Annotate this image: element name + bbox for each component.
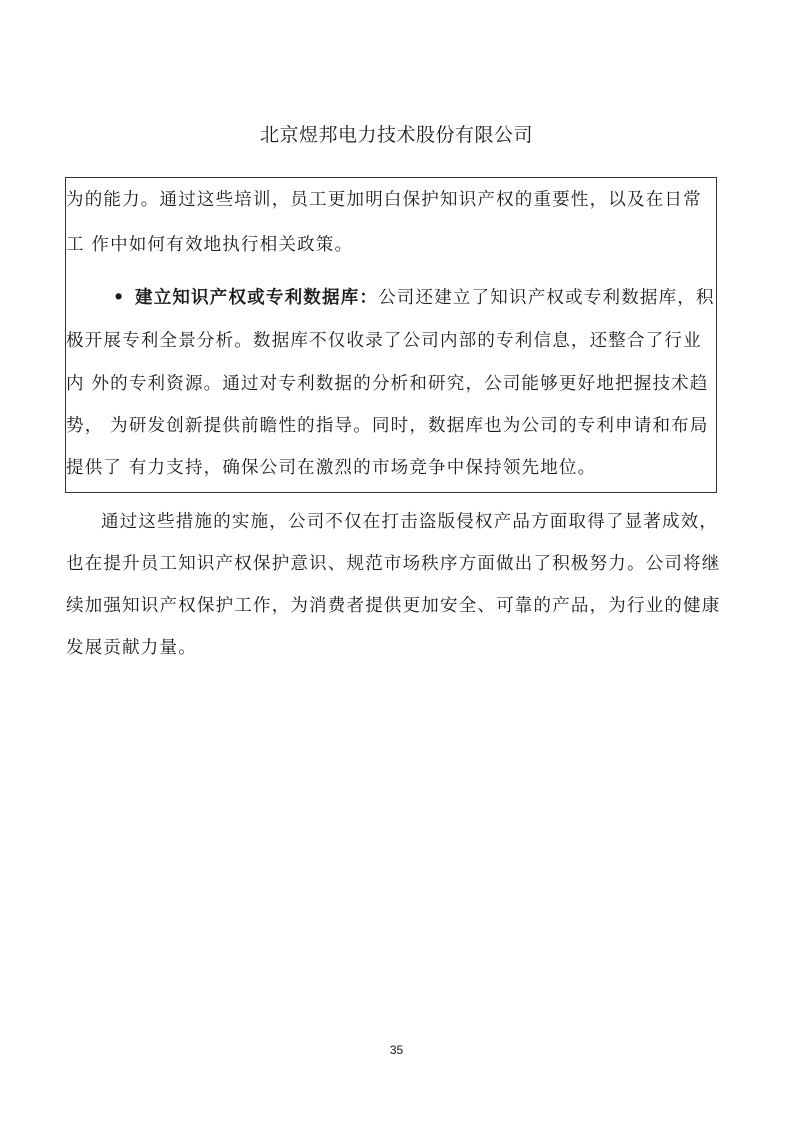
- box-line: 为的能力。通过这些培训，员工更加明白保护知识产权的重要性，以及在日常: [66, 186, 702, 211]
- page-header-company-name: 北京煜邦电力技术股份有限公司: [0, 120, 793, 147]
- bullet-item: •建立知识产权或专利数据库：公司还建立了知识产权或专利数据库，积: [113, 284, 715, 309]
- body-paragraph-line: 续加强知识产权保护工作，为消费者提供更加安全、可靠的产品，为行业的健康: [66, 592, 721, 617]
- bullet-icon: •: [113, 288, 127, 308]
- bullet-text: 公司还建立了知识产权或专利数据库，积: [378, 288, 715, 308]
- box-line: 工 作中如何有效地执行相关政策。: [66, 231, 353, 256]
- body-paragraph-line: 发展贡献力量。: [66, 634, 197, 659]
- box-line: 内 外的专利资源。通过对专利数据的分析和研究，公司能够更好地把握技术趋: [66, 370, 709, 395]
- body-paragraph-line: 通过这些措施的实施，公司不仅在打击盗版侵权产品方面取得了显著成效，: [101, 508, 718, 533]
- body-paragraph-line: 也在提升员工知识产权保护意识、规范市场秩序方面做出了积极努力。公司将继: [66, 550, 721, 575]
- page-number: 35: [0, 1043, 793, 1057]
- bullet-bold-label: 建立知识产权或专利数据库：: [135, 288, 378, 308]
- box-line: 极开展专利全景分析。数据库不仅收录了公司内部的专利信息，还整合了行业: [66, 327, 702, 352]
- box-line: 势， 为研发创新提供前瞻性的指导。同时，数据库也为公司的专利申请和布局: [66, 412, 709, 437]
- box-line: 提供了 有力支持，确保公司在激烈的市场竞争中保持领先地位。: [66, 454, 596, 479]
